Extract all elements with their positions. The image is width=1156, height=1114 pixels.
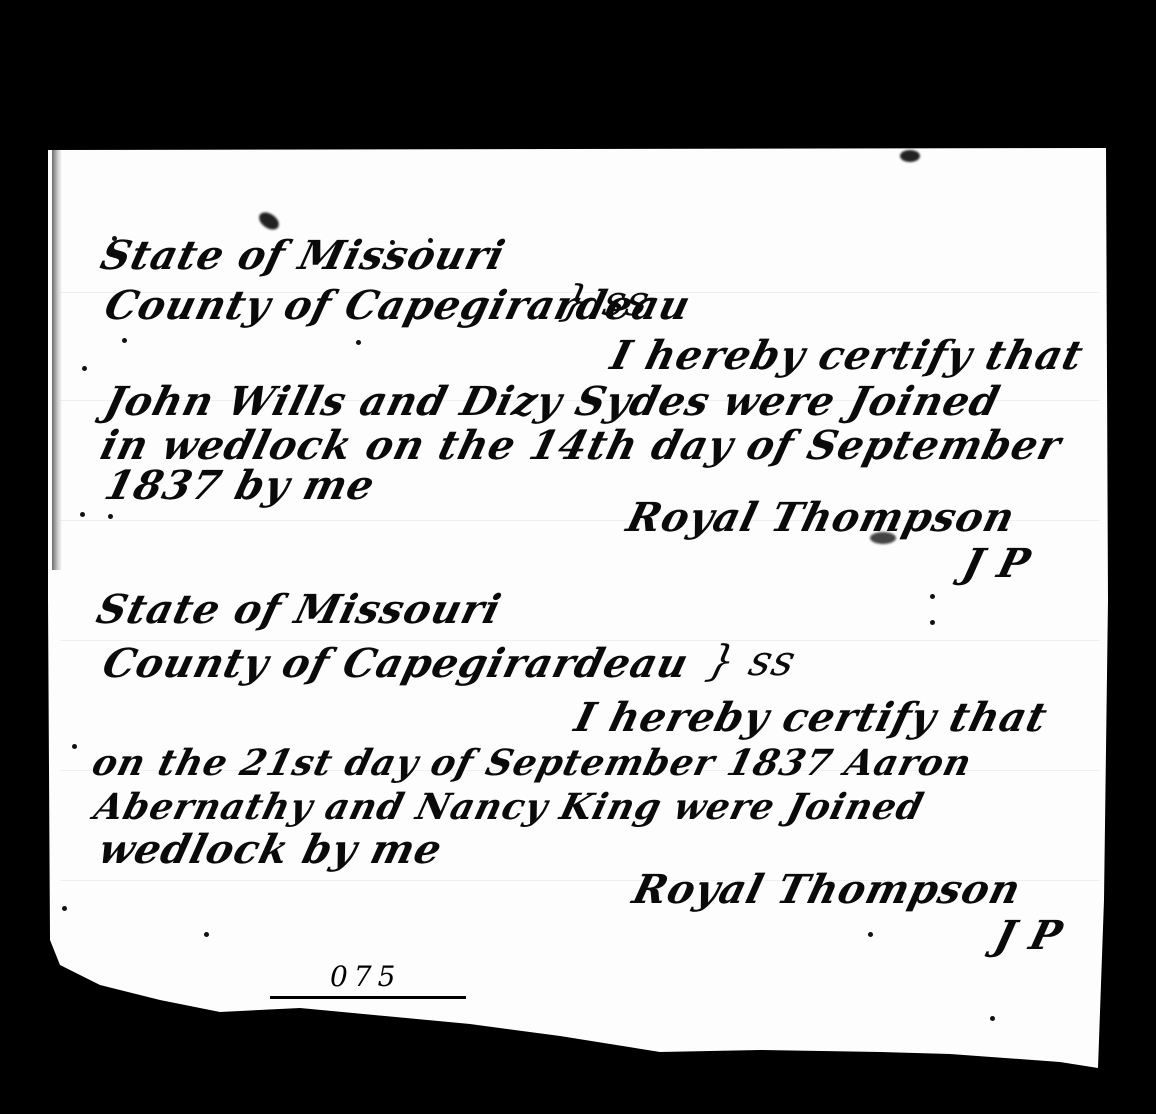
body-line: 1837 by me — [100, 462, 380, 509]
ink-speck — [204, 932, 209, 937]
signature: Royal Thompson — [628, 866, 1026, 913]
ink-speck — [80, 512, 85, 517]
ink-speck — [930, 620, 935, 625]
ink-speck — [82, 366, 87, 371]
certify-line: I hereby certify that — [570, 694, 1052, 741]
body-line: on the 21st day of September 1837 Aaron — [88, 742, 976, 784]
ink-speck — [356, 340, 361, 345]
body-line: John Wills and Dizy Sydes were Joined — [100, 378, 1005, 425]
signature-title: J P — [990, 912, 1068, 959]
ss-brace-mark: } ss — [702, 636, 801, 685]
ink-speck — [122, 338, 127, 343]
ink-speck — [72, 744, 77, 749]
body-line: Abernathy and Nancy King were Joined — [90, 786, 928, 828]
ink-blot — [900, 150, 920, 162]
ink-speck — [62, 906, 67, 911]
state-line: State of Missouri — [92, 586, 506, 633]
folio-number: 075 — [330, 960, 401, 993]
body-line: wedlock by me — [94, 826, 447, 873]
signature: Royal Thompson — [622, 494, 1020, 541]
certify-line: I hereby certify that — [606, 332, 1088, 379]
signature-title: J P — [958, 540, 1036, 587]
binding-edge — [52, 150, 62, 570]
ink-speck — [868, 932, 873, 937]
ss-brace-mark: } ss — [556, 276, 655, 325]
ink-speck — [930, 594, 935, 599]
state-line: State of Missouri — [96, 232, 510, 279]
ink-speck — [990, 1016, 995, 1021]
county-line: County of Capegirardeau — [98, 640, 694, 687]
ink-speck — [108, 514, 113, 519]
folio-underline — [270, 996, 466, 999]
